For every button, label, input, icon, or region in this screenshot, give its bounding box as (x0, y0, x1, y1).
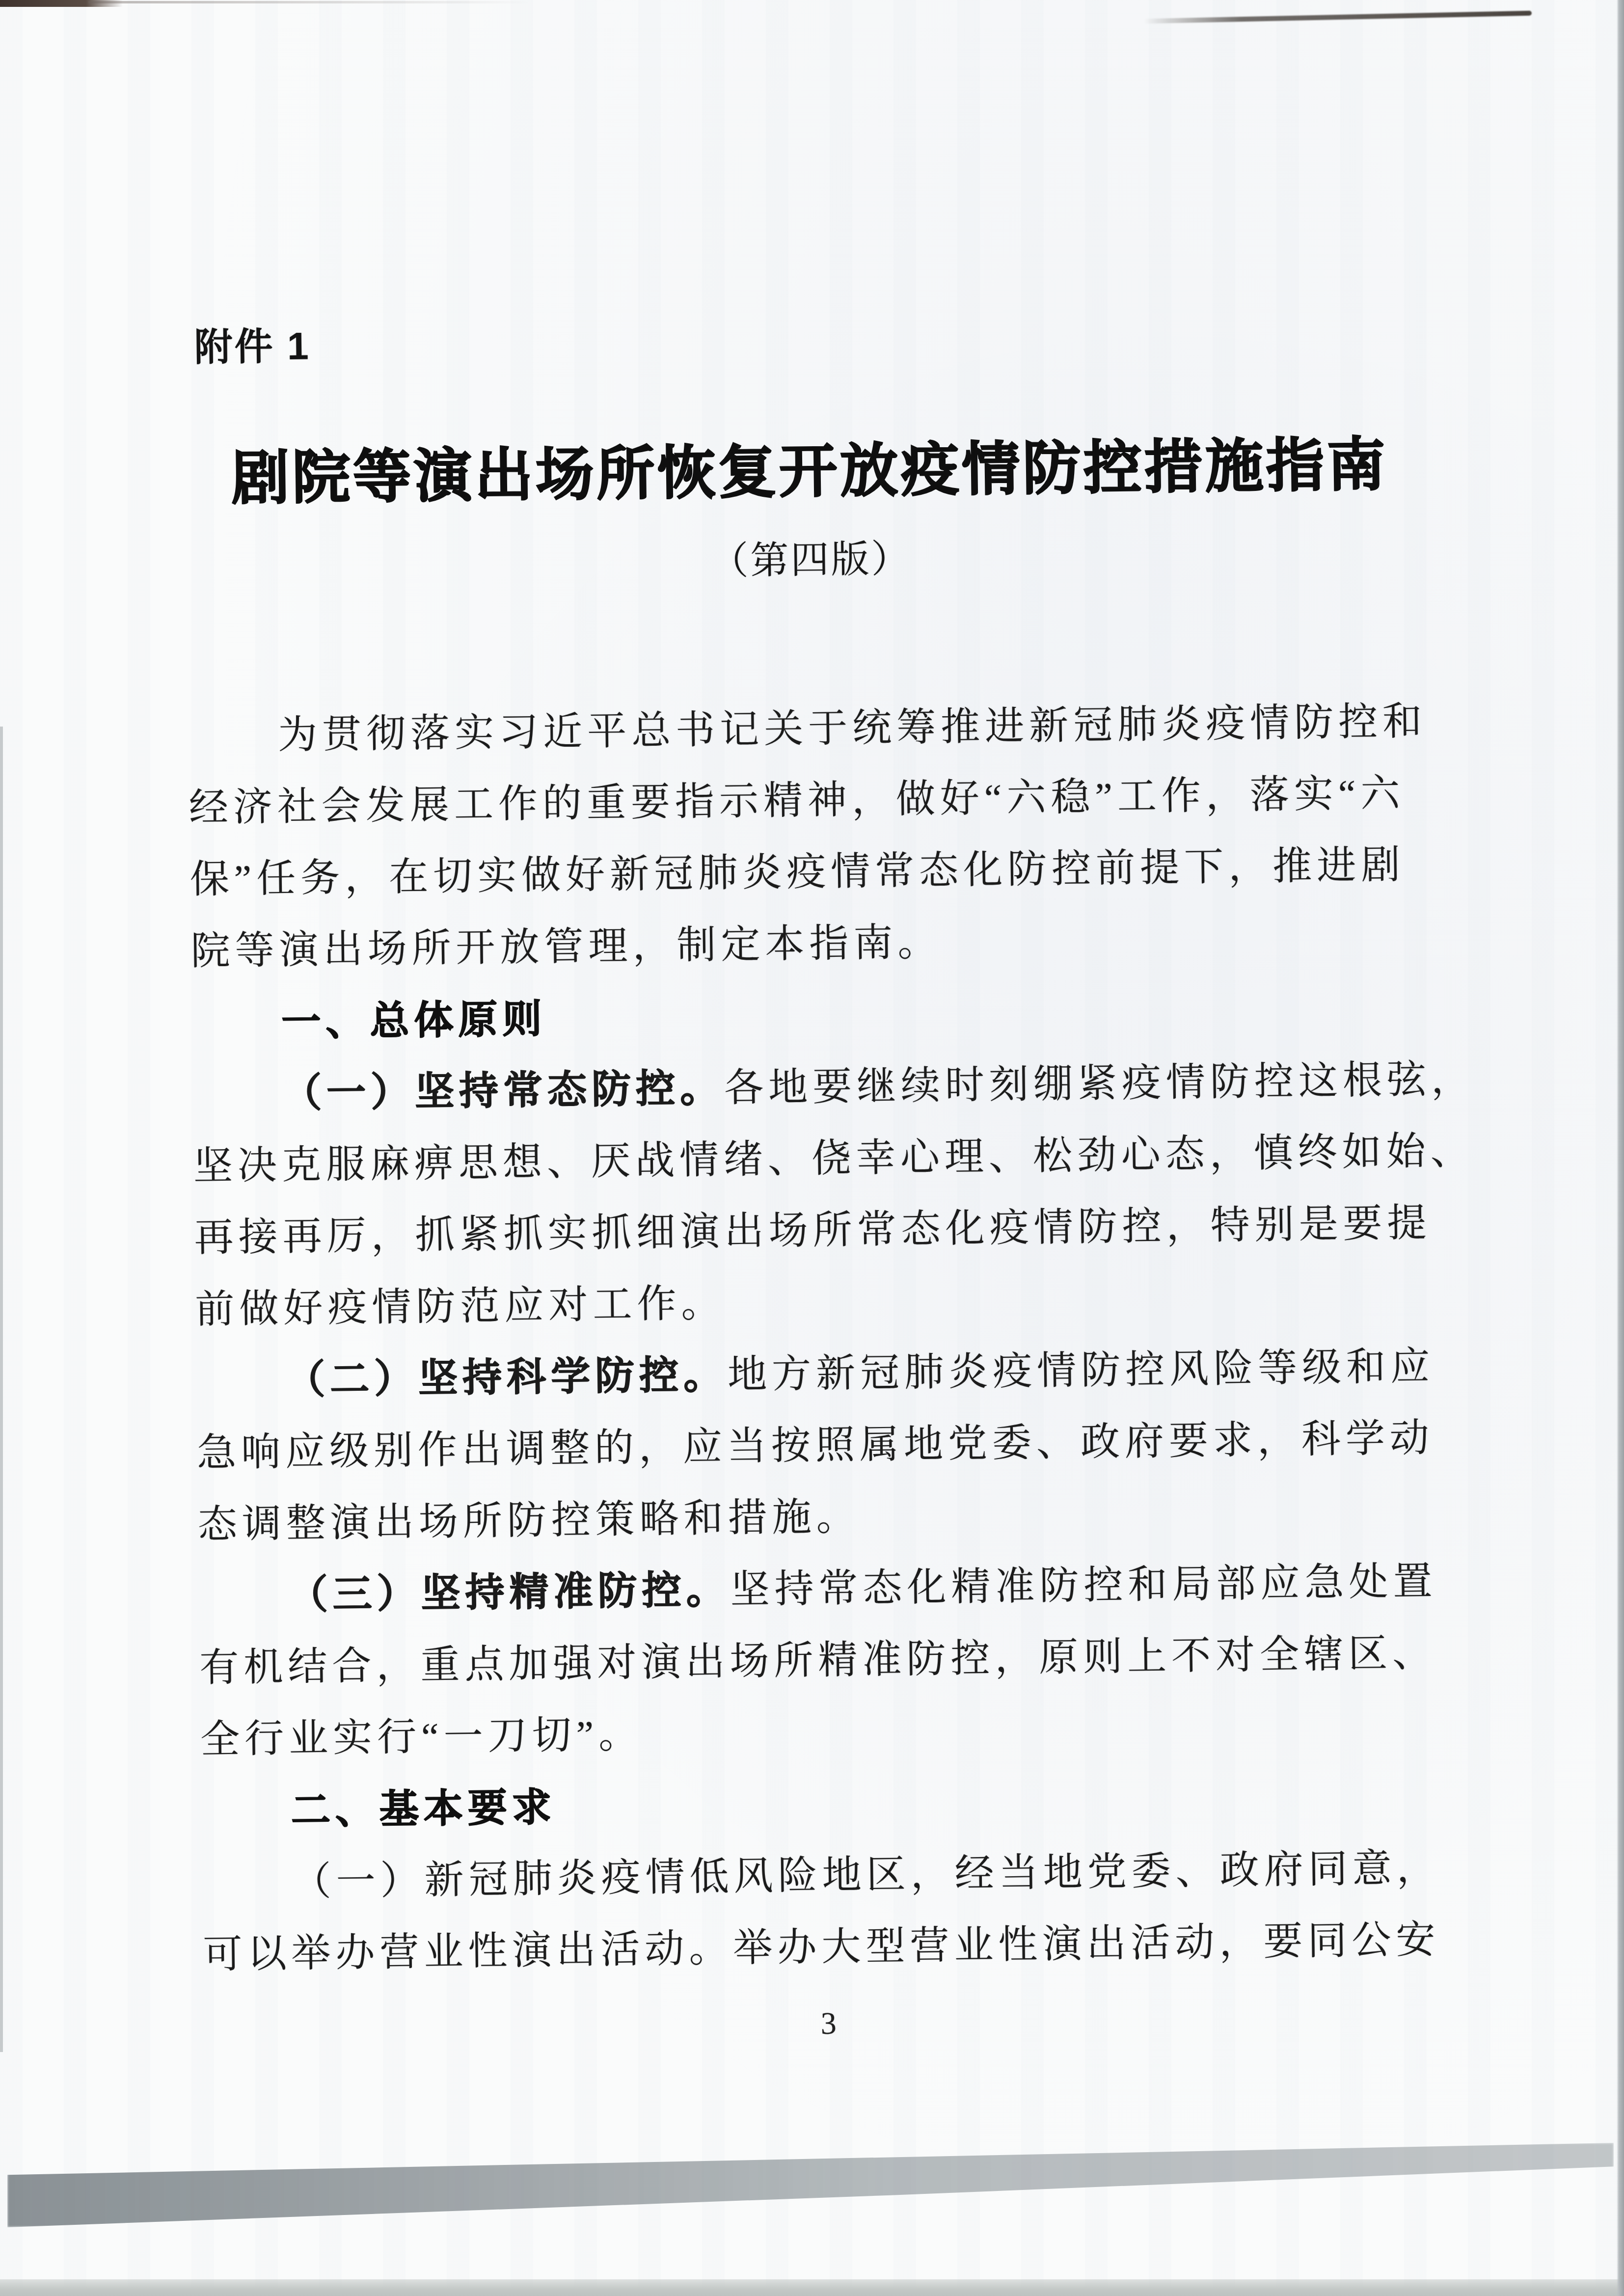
scan-artifact-top-line (88, 1, 530, 3)
page-number: 3 (204, 1998, 1454, 2049)
body-line: 保”任务，在切实做好新冠肺炎疫情常态化防控前提下，推进剧 (189, 829, 1440, 916)
scanned-document-page: 附件 1 剧院等演出场所恢复开放疫情防控措施指南 （第四版） 为贯彻落实习近平总… (0, 0, 1624, 2296)
body-line: 急响应级别作出调整的，应当按照属地党委、政府要求，科学动 (196, 1402, 1447, 1489)
body-text: 为贯彻落实习近平总书记关于统筹推进新冠肺炎疫情防控和 经济社会发展工作的重要指示… (188, 686, 1453, 1991)
document-title: 剧院等演出场所恢复开放疫情防控措施指南 (185, 417, 1435, 516)
edition-label: （第四版） (186, 522, 1435, 592)
page-edge-shadow-right (1617, 0, 1624, 2296)
scan-artifact-top-right-streak (1144, 11, 1532, 24)
paragraph-lead: （一）坚持常态防控。 (282, 1067, 725, 1115)
body-line: 再接再厉，抓紧抓实抓细演出场所常态化疫情防控，特别是要提 (194, 1187, 1444, 1274)
paragraph-text: 地方新冠肺炎疫情防控风险等级和应 (728, 1345, 1435, 1397)
page-edge-shadow-left (0, 727, 3, 2052)
paragraph-lead: （二）坚持科学防控。 (286, 1353, 728, 1402)
document-content: 附件 1 剧院等演出场所恢复开放疫情防控措施指南 （第四版） 为贯彻落实习近平总… (183, 302, 1454, 2109)
scan-artifact-bottom-wedge (7, 2143, 1614, 2227)
paragraph-lead: （三）坚持精准防控。 (288, 1568, 731, 1617)
attachment-label: 附件 1 (194, 316, 311, 372)
body-line: 有机结合，重点加强对演出场所精准防控，原则上不对全辖区、 (199, 1617, 1450, 1704)
paragraph-text: 各地要继续时刻绷紧疫情防控这根弦， (724, 1058, 1476, 1110)
scanner-bed-edge (0, 2279, 1624, 2296)
paragraph-text: 坚持常态化精准防控和局部应急处置 (730, 1560, 1437, 1612)
body-line: 可以举办营业性演出活动。举办大型营业性演出活动，要同公安 (203, 1904, 1453, 1991)
